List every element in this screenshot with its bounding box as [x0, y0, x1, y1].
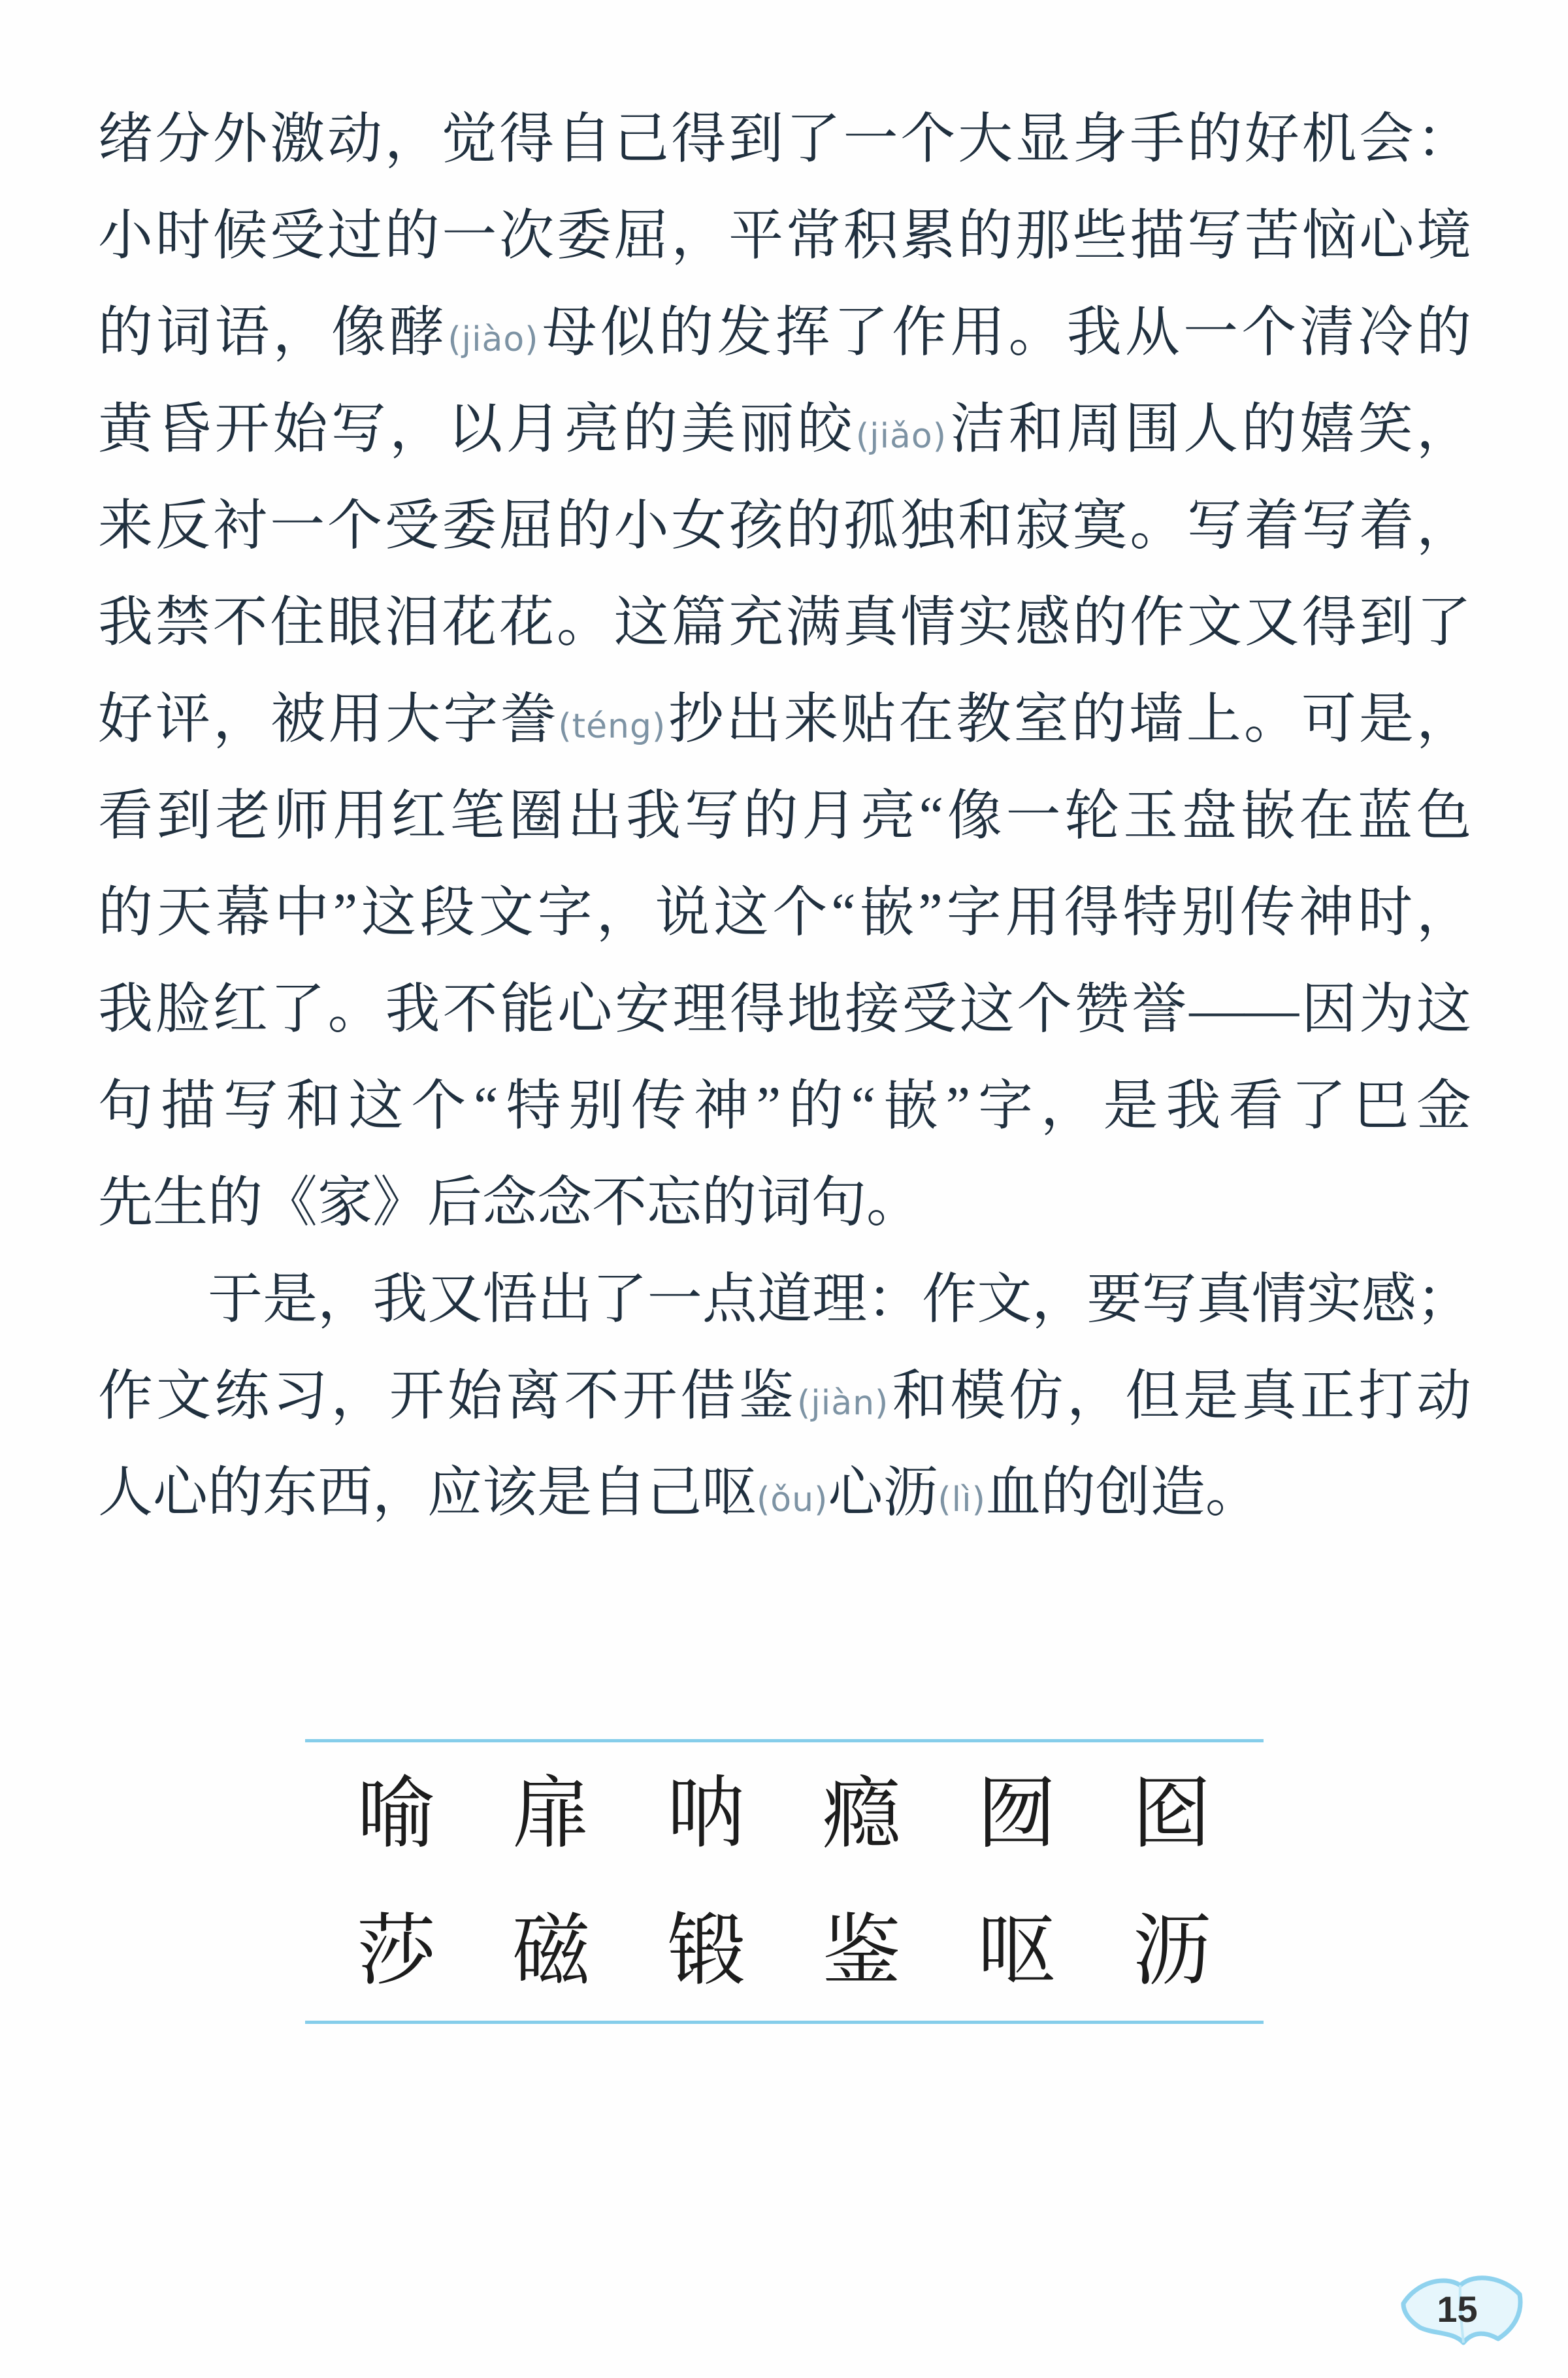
text-line: 人心的东西，应该是自己呕(ǒu)心沥(lì)血的创造。: [98, 1445, 1471, 1542]
new-character: 囫: [977, 1775, 1056, 1853]
text-line: 我脸红了。我不能心安理得地接受这个赞誉——因为这: [98, 962, 1471, 1058]
new-character: 扉: [512, 1775, 591, 1853]
new-character: 莎: [357, 1912, 436, 1991]
new-character: 喻: [357, 1775, 436, 1853]
new-character: 锻: [667, 1912, 745, 1991]
new-characters-box: 喻扉呐瘾囫囵莎磁锻鉴呕沥: [305, 1739, 1264, 2024]
char-row: 喻扉呐瘾囫囵: [357, 1775, 1211, 1853]
char-row: 莎磁锻鉴呕沥: [357, 1912, 1211, 1991]
pinyin-annotation: (téng): [558, 707, 666, 746]
pinyin-annotation: (jiào): [448, 320, 538, 359]
page-number-badge: 15: [1392, 2262, 1532, 2361]
new-character: 瘾: [823, 1775, 901, 1853]
textbook-page: 绪分外激动，觉得自己得到了一个大显身手的好机会：小时候受过的一次委屈，平常积累的…: [0, 0, 1568, 2378]
text-line: 先生的《家》后念念不忘的词句。: [98, 1155, 1471, 1252]
text-line: 的词语，像酵(jiào)母似的发挥了作用。我从一个清冷的: [98, 285, 1471, 382]
text-line: 黄昏开始写，以月亮的美丽皎(jiǎo)洁和周围人的嬉笑，: [98, 382, 1471, 478]
text-line: 于是，我又悟出了一点道理：作文，要写真情实感；: [98, 1252, 1471, 1348]
text-line: 作文练习，开始离不开借鉴(jiàn)和模仿，但是真正打动: [98, 1348, 1471, 1445]
new-character: 沥: [1132, 1912, 1211, 1991]
body-text: 绪分外激动，觉得自己得到了一个大显身手的好机会：小时候受过的一次委屈，平常积累的…: [0, 0, 1568, 1542]
page-number: 15: [1392, 2288, 1523, 2330]
text-line: 小时候受过的一次委屈，平常积累的那些描写苦恼心境: [98, 188, 1471, 285]
text-line: 我禁不住眼泪花花。这篇充满真情实感的作文又得到了: [98, 575, 1471, 672]
new-character: 鉴: [823, 1912, 901, 1991]
text-line: 看到老师用红笔圈出我写的月亮“像一轮玉盘嵌在蓝色: [98, 768, 1471, 865]
pinyin-annotation: (lì): [938, 1480, 985, 1520]
new-character: 呕: [977, 1912, 1056, 1991]
text-line: 好评，被用大字誊(téng)抄出来贴在教室的墙上。可是，: [98, 672, 1471, 768]
text-line: 句描写和这个“特别传神”的“嵌”字，是我看了巴金: [98, 1058, 1471, 1155]
new-character: 呐: [667, 1775, 745, 1853]
pinyin-annotation: (ǒu): [757, 1480, 828, 1520]
new-character: 囵: [1132, 1775, 1211, 1853]
new-character: 磁: [512, 1912, 591, 1991]
pinyin-annotation: (jiǎo): [856, 417, 947, 456]
text-line: 来反衬一个受委屈的小女孩的孤独和寂寞。写着写着，: [98, 478, 1471, 575]
pinyin-annotation: (jiàn): [797, 1384, 889, 1423]
text-line: 绪分外激动，觉得自己得到了一个大显身手的好机会：: [98, 91, 1471, 188]
text-line: 的天幕中”这段文字，说这个“嵌”字用得特别传神时，: [98, 865, 1471, 962]
